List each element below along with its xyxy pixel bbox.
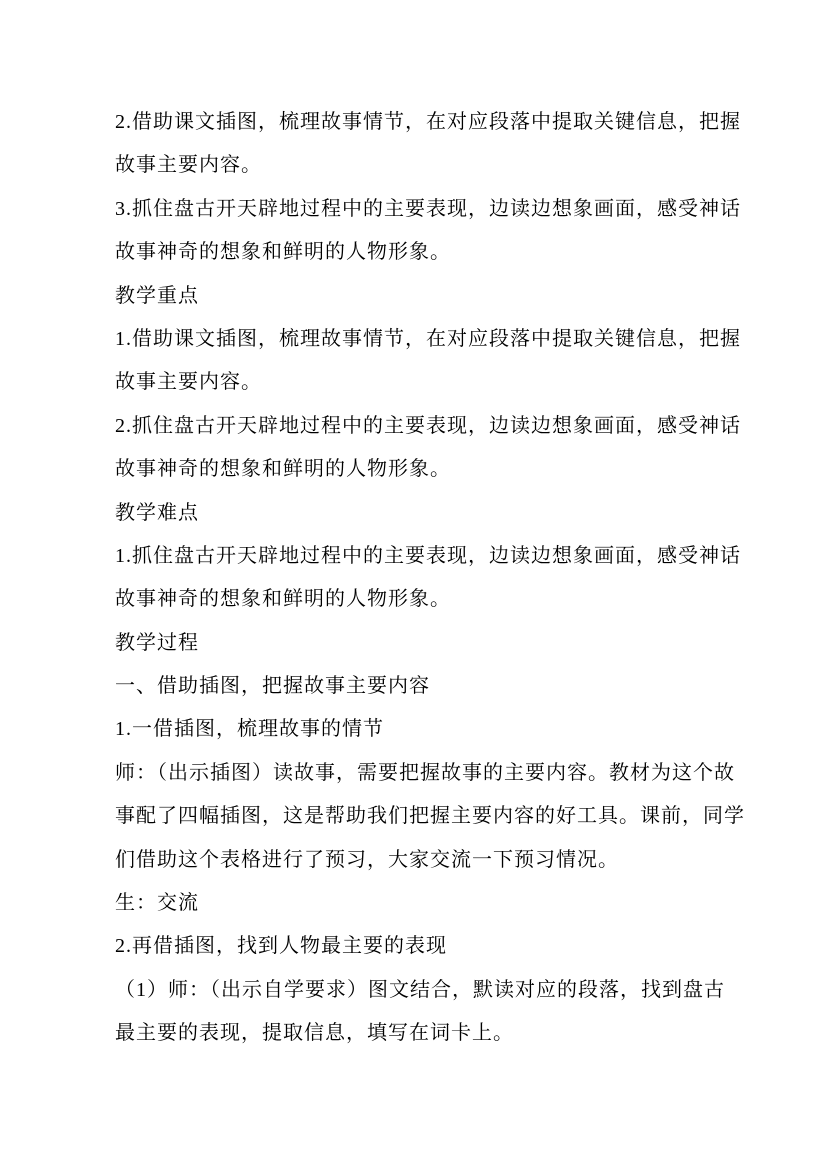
document-body: 2.借助课文插图，梳理故事情节，在对应段落中提取关键信息，把握故事主要内容。3.… — [115, 101, 715, 1056]
text-line: 1.借助课文插图，梳理故事情节，在对应段落中提取关键信息，把握 — [115, 318, 715, 361]
text-line: 1.抓住盘古开天辟地过程中的主要表现，边读边想象画面，感受神话 — [115, 535, 715, 578]
text-line: 2.再借插图，找到人物最主要的表现 — [115, 925, 715, 968]
text-line: 一、借助插图，把握故事主要内容 — [115, 665, 715, 708]
text-line: 故事神奇的想象和鲜明的人物形象。 — [115, 231, 715, 274]
text-line: 故事神奇的想象和鲜明的人物形象。 — [115, 578, 715, 621]
text-line: 2.借助课文插图，梳理故事情节，在对应段落中提取关键信息，把握 — [115, 101, 715, 144]
text-line: 生：交流 — [115, 882, 715, 925]
text-line: 教学过程 — [115, 622, 715, 665]
text-line: 故事神奇的想象和鲜明的人物形象。 — [115, 448, 715, 491]
text-line: 1.一借插图，梳理故事的情节 — [115, 708, 715, 751]
text-line: 师：（出示插图）读故事，需要把握故事的主要内容。教材为这个故 — [115, 752, 715, 795]
document-page: 2.借助课文插图，梳理故事情节，在对应段落中提取关键信息，把握故事主要内容。3.… — [0, 0, 827, 1170]
text-line: 教学重点 — [115, 275, 715, 318]
text-line: 3.抓住盘古开天辟地过程中的主要表现，边读边想象画面，感受神话 — [115, 188, 715, 231]
text-line: 故事主要内容。 — [115, 361, 715, 404]
text-line: 2.抓住盘古开天辟地过程中的主要表现，边读边想象画面，感受神话 — [115, 405, 715, 448]
text-line: 事配了四幅插图，这是帮助我们把握主要内容的好工具。课前，同学 — [115, 795, 715, 838]
text-line: 故事主要内容。 — [115, 144, 715, 187]
text-line: 们借助这个表格进行了预习，大家交流一下预习情况。 — [115, 839, 715, 882]
text-line: 教学难点 — [115, 492, 715, 535]
text-line: 最主要的表现，提取信息，填写在词卡上。 — [115, 1012, 715, 1055]
text-line: （1）师：（出示自学要求）图文结合，默读对应的段落，找到盘古 — [115, 969, 715, 1012]
